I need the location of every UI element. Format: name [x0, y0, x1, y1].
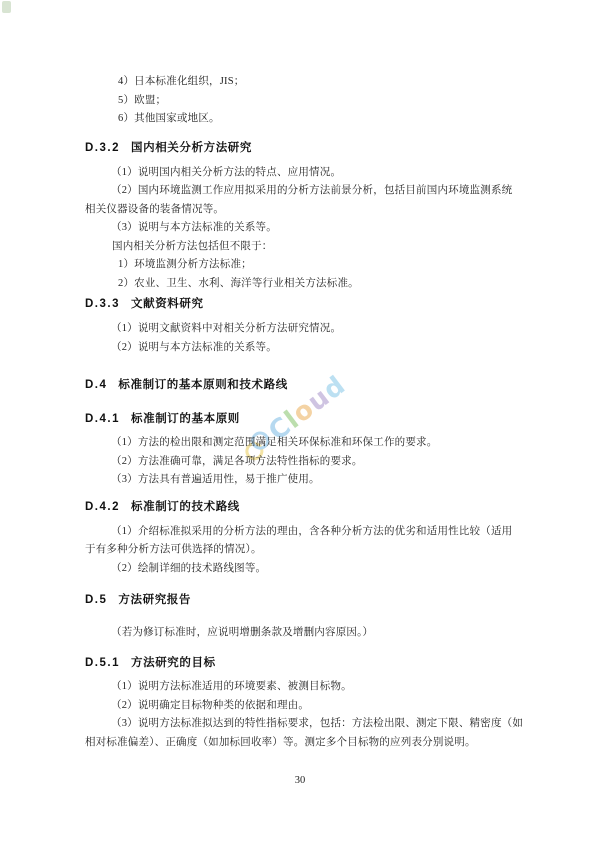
section-title: 方法研究的目标 [131, 657, 216, 669]
section-heading: D.4.2标准制订的技术路线 [85, 497, 517, 517]
paragraph-continuation: 于有多种分析方法可供选择的情况）。 [85, 541, 517, 560]
paragraph-line: （1）说明文献资料中对相关分析方法研究情况。 [85, 320, 517, 339]
list-item: 4）日本标准化组织，JIS； [85, 73, 517, 92]
section-number: D.3.2 [85, 142, 120, 154]
section-heading: D.3.2国内相关分析方法研究 [85, 138, 517, 158]
section-title: 方法研究报告 [118, 594, 191, 606]
section-number: D.4.2 [85, 501, 120, 513]
list-item: 6）其他国家或地区。 [85, 110, 517, 129]
section-heading: D.5.1方法研究的目标 [85, 653, 517, 673]
section-number: D.4.1 [85, 413, 120, 425]
section-number: D.4 [85, 379, 107, 391]
paragraph-line: （2）国内环境监测工作应用拟采用的分析方法前景分析，包括目前国内环境监测系统 [85, 182, 517, 201]
paragraph-line: （2）说明确定目标物种类的依据和理由。 [85, 697, 517, 716]
paragraph-line: （2）说明与本方法标准的关系等。 [85, 339, 517, 358]
list-item: 2）农业、卫生、水利、海洋等行业相关方法标准。 [85, 275, 517, 294]
page-number: 30 [0, 772, 600, 790]
paragraph-lead: 国内相关分析方法包括但不限于： [85, 238, 517, 257]
document-page: Cloud 4）日本标准化组织，JIS；5）欧盟；6）其他国家或地区。D.3.2… [0, 0, 600, 848]
paragraph-line: （1）介绍标准拟采用的分析方法的理由，含各种分析方法的优劣和适用性比较（适用 [85, 523, 517, 542]
paragraph-line: （2）方法准确可靠，满足各项方法特性指标的要求。 [85, 453, 517, 472]
list-item: 1）环境监测分析方法标准； [85, 256, 517, 275]
paragraph-line: （3）说明方法标准拟达到的特性指标要求，包括：方法检出限、测定下限、精密度（如 [85, 715, 517, 734]
paragraph-line: （1）方法的检出限和测定范围满足相关环保标准和环保工作的要求。 [85, 434, 517, 453]
section-title: 国内相关分析方法研究 [131, 142, 252, 154]
paragraph-line: （3）说明与本方法标准的关系等。 [85, 219, 517, 238]
paragraph-continuation: 相关仪器设备的装备情况等。 [85, 201, 517, 220]
section-number: D.3.3 [85, 298, 120, 310]
section-heading: D.5方法研究报告 [85, 590, 517, 610]
paragraph-line: （1）说明国内相关分析方法的特点、应用情况。 [85, 164, 517, 183]
paragraph-continuation: 相对标准偏差）、正确度（如加标回收率）等。测定多个目标物的应列表分别说明。 [85, 734, 517, 753]
section-heading: D.4.1标准制订的基本原则 [85, 409, 517, 429]
section-number: D.5 [85, 594, 107, 606]
section-title: 标准制订的基本原则 [131, 413, 240, 425]
paragraph-line: （3）方法具有普遍适用性，易于推广使用。 [85, 471, 517, 490]
section-title: 标准制订的基本原则和技术路线 [118, 379, 287, 391]
body-text: 4）日本标准化组织，JIS；5）欧盟；6）其他国家或地区。D.3.2国内相关分析… [0, 0, 600, 752]
section-heading: D.4标准制订的基本原则和技术路线 [85, 375, 517, 395]
paragraph-line: （2）绘制详细的技术路线图等。 [85, 560, 517, 579]
section-number: D.5.1 [85, 657, 120, 669]
note-line: （若为修订标准时，应说明增删条款及增删内容原因。） [85, 624, 517, 643]
list-item: 5）欧盟； [85, 92, 517, 111]
section-title: 标准制订的技术路线 [131, 501, 240, 513]
section-heading: D.3.3文献资料研究 [85, 294, 517, 314]
paragraph-line: （1）说明方法标准适用的环境要素、被测目标物。 [85, 678, 517, 697]
section-title: 文献资料研究 [131, 298, 204, 310]
